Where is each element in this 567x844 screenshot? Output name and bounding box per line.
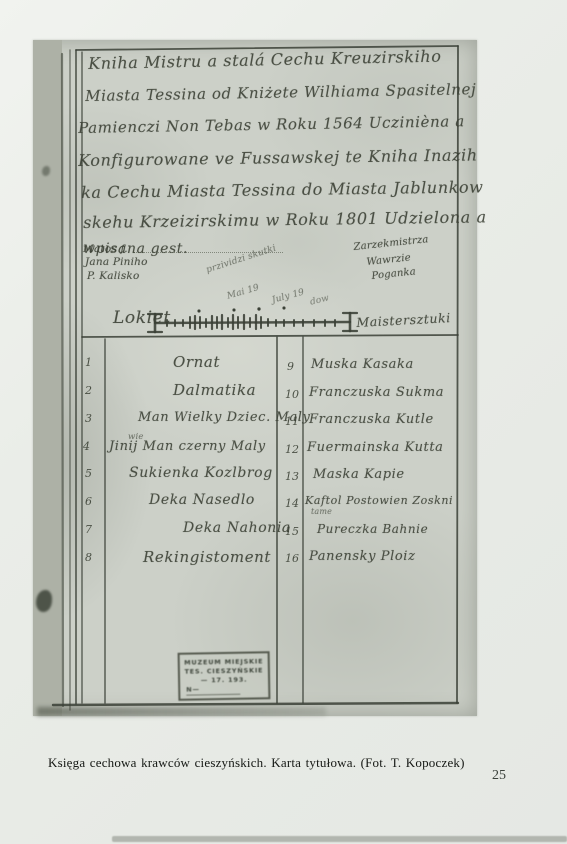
list-item: Panensky Ploiz bbox=[309, 549, 416, 564]
list-item: Maska Kapie bbox=[313, 467, 405, 482]
list-item: Deka Nasedlo bbox=[149, 492, 255, 508]
list-item: Kaftol Postowien Zoskni bbox=[305, 494, 453, 507]
list-item: Fuermainska Kutta bbox=[307, 440, 444, 455]
row-number: 10 bbox=[285, 388, 299, 401]
list-item: Pureczka Bahnie bbox=[317, 522, 428, 536]
list-item: Rekingistoment bbox=[143, 548, 271, 566]
row-number: 4 bbox=[83, 440, 90, 453]
signature: Jana Piniho bbox=[85, 256, 148, 268]
list-item: Deka Nahonia bbox=[183, 520, 291, 536]
list-item: Jinij Man czerny Maly bbox=[109, 439, 266, 454]
list-item: Sukienka Kozlbrog bbox=[129, 465, 273, 481]
signature: Matos f. bbox=[83, 243, 128, 255]
list-item: Ornat bbox=[173, 353, 220, 371]
signature: P. Kalisko bbox=[87, 270, 140, 282]
row-number: 5 bbox=[85, 467, 92, 480]
document-photo: Kniha Mistru a stalá Cechu Kreuzirskiho … bbox=[33, 40, 477, 716]
frame-lines bbox=[53, 46, 458, 705]
row-number: 7 bbox=[85, 523, 92, 536]
scan-shadow-strip bbox=[112, 836, 567, 842]
stamp-line: — 17. 193. bbox=[201, 675, 248, 685]
list-item: Muska Kasaka bbox=[311, 357, 414, 372]
row-number: 2 bbox=[85, 384, 92, 397]
ell-ruler-scale bbox=[148, 307, 357, 332]
row-number: 13 bbox=[285, 470, 299, 483]
ruler-left-label: Lokiet bbox=[113, 308, 171, 328]
book-page: Kniha Mistru a stalá Cechu Kreuzirskiho … bbox=[0, 0, 567, 844]
row-number: 9 bbox=[287, 360, 294, 373]
row-number: 6 bbox=[85, 495, 92, 508]
museum-stamp: MUZEUM MIEJSKIE TES. CIESZYŃSKIE — 17. 1… bbox=[178, 651, 271, 701]
figure-caption: Księga cechowa krawców cieszyńskich. Kar… bbox=[48, 755, 465, 771]
list-item: Franczuska Sukma bbox=[309, 385, 444, 400]
row-number: 15 bbox=[285, 525, 299, 538]
interlinear-note: tame bbox=[311, 507, 332, 516]
page-edge-lines bbox=[62, 50, 70, 710]
row-number: 3 bbox=[85, 412, 92, 425]
row-number: 12 bbox=[285, 443, 299, 456]
row-number: 11 bbox=[285, 415, 299, 428]
list-item: Dalmatika bbox=[173, 381, 256, 399]
stamp-line: N— bbox=[186, 684, 240, 695]
list-item: Franczuska Kutle bbox=[309, 412, 434, 427]
row-number: 8 bbox=[85, 551, 92, 564]
row-number: 1 bbox=[85, 356, 92, 369]
row-number: 14 bbox=[285, 497, 299, 510]
page-number: 25 bbox=[492, 768, 506, 784]
ruled-frame-and-lines bbox=[33, 40, 477, 716]
row-number: 16 bbox=[285, 552, 299, 565]
